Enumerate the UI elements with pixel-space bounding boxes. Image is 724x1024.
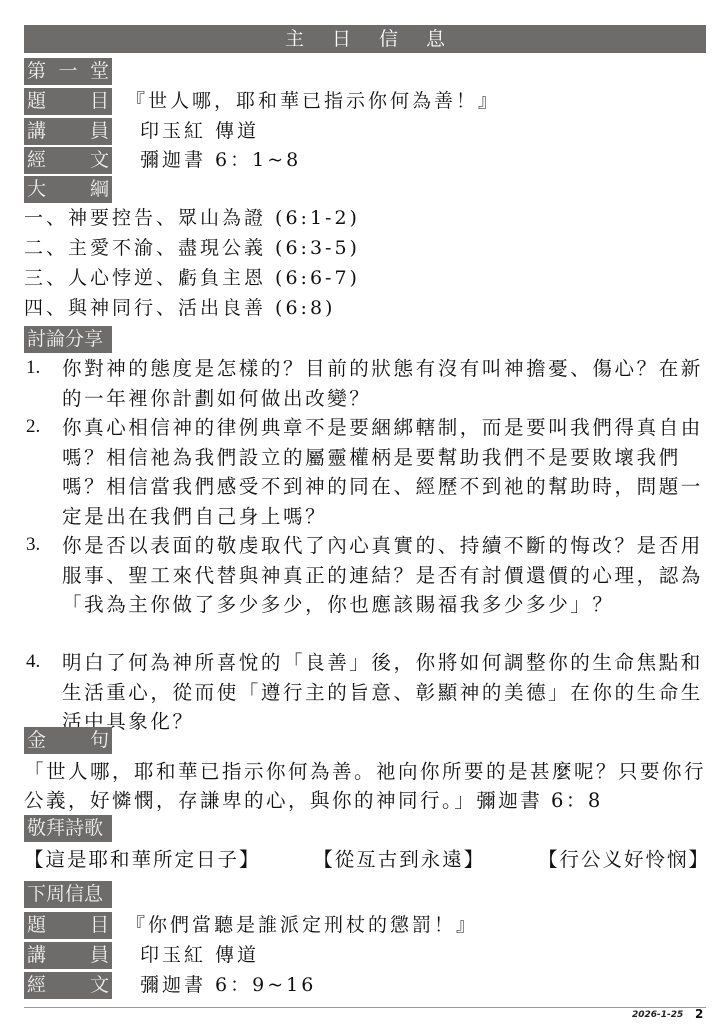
label-char: 文 xyxy=(90,147,109,174)
next-sermon-title: 『你們當聽是誰派定刑杖的懲罰！』 xyxy=(126,912,478,939)
label-char: 堂 xyxy=(90,58,109,85)
outline-item: 一、神要控告、眾山為證 (6:1-2) xyxy=(24,203,360,233)
sermon-title: 『世人哪，耶和華已指示你何為善！』 xyxy=(126,88,500,115)
outline-label: 大 綱 xyxy=(24,176,112,203)
speaker-label: 講 員 xyxy=(24,118,112,145)
worship-song: 【行公义好怜悯】 xyxy=(538,844,710,872)
footer-divider xyxy=(24,1007,706,1008)
label-char: 員 xyxy=(90,942,109,969)
outline-item: 三、人心悖逆、虧負主恩 (6:6-7) xyxy=(24,263,360,293)
label-char: 文 xyxy=(90,972,109,999)
discussion-number: 2. xyxy=(26,416,40,438)
label-char: 題 xyxy=(27,88,46,115)
label-text: 敬拜詩歌 xyxy=(27,815,103,842)
label-char: 員 xyxy=(90,118,109,145)
worship-label: 敬拜詩歌 xyxy=(24,815,112,842)
discussion-text: 你真心相信神的律例典章不是要綑綁轄制，而是要叫我們得真自由嗎？相信祂為我們設立的… xyxy=(62,413,712,531)
footer-date: 2026-1-25 xyxy=(632,1010,683,1020)
golden-verse-text: 「世人哪，耶和華已指示你何為善。祂向你所要的是甚麼呢？只要你行公義，好憐憫，存謙… xyxy=(24,757,710,815)
label-char: 金 xyxy=(27,727,46,754)
discussion-text: 你是否以表面的敬虔取代了內心真實的、持續不斷的悔改？是否用服事、聖工來代替與神真… xyxy=(62,531,712,620)
label-char: 句 xyxy=(90,727,109,754)
label-char: 大 xyxy=(27,176,46,203)
next-sermon-speaker: 印玉紅 傳道 xyxy=(140,942,259,969)
label-text: 下周信息 xyxy=(27,881,103,908)
next-title-label: 題 目 xyxy=(24,912,112,939)
page-banner-title: 主日信息 xyxy=(24,25,706,53)
next-week-label: 下周信息 xyxy=(24,881,112,908)
sermon-speaker: 印玉紅 傳道 xyxy=(140,118,259,145)
label-char: 講 xyxy=(27,118,46,145)
label-char: 講 xyxy=(27,942,46,969)
discussion-number: 4. xyxy=(26,651,40,673)
discussion-text: 明白了何為神所喜悅的「良善」後，你將如何調整你的生命焦點和生活重心，從而使「遵行… xyxy=(62,648,712,737)
service-label: 第 一 堂 xyxy=(24,58,112,85)
sermon-scripture: 彌迦書 6：1~8 xyxy=(140,147,301,174)
label-char: 目 xyxy=(90,912,109,939)
worship-song: 【這是耶和華所定日子】 xyxy=(24,844,261,872)
next-scripture-label: 經 文 xyxy=(24,972,112,999)
label-char: 題 xyxy=(27,912,46,939)
label-char: 經 xyxy=(27,147,46,174)
next-speaker-label: 講 員 xyxy=(24,942,112,969)
discussion-label: 討論分享 xyxy=(24,326,112,353)
discussion-number: 1. xyxy=(26,357,40,379)
title-label: 題 目 xyxy=(24,88,112,115)
worship-song: 【從亙古到永遠】 xyxy=(313,844,485,872)
label-char: 經 xyxy=(27,972,46,999)
discussion-number: 3. xyxy=(26,534,40,556)
next-sermon-scripture: 彌迦書 6：9~16 xyxy=(140,972,316,999)
label-char: 綱 xyxy=(90,176,109,203)
page-number: 2 xyxy=(695,1007,703,1021)
label-char: 一 xyxy=(58,58,77,85)
label-char: 目 xyxy=(90,88,109,115)
scripture-label: 經 文 xyxy=(24,147,112,174)
label-text: 討論分享 xyxy=(27,326,103,353)
label-char: 第 xyxy=(27,58,46,85)
discussion-text: 你對神的態度是怎樣的？目前的狀態有沒有叫神擔憂、傷心？在新的一年裡你計劃如何做出… xyxy=(62,354,712,413)
outline-item: 四、與神同行、活出良善 (6:8) xyxy=(24,293,335,323)
outline-item: 二、主愛不渝、盡現公義 (6:3-5) xyxy=(24,233,360,263)
golden-verse-label: 金 句 xyxy=(24,727,112,754)
worship-song-list: 【這是耶和華所定日子】 【從亙古到永遠】 【行公义好怜悯】 xyxy=(24,844,710,872)
